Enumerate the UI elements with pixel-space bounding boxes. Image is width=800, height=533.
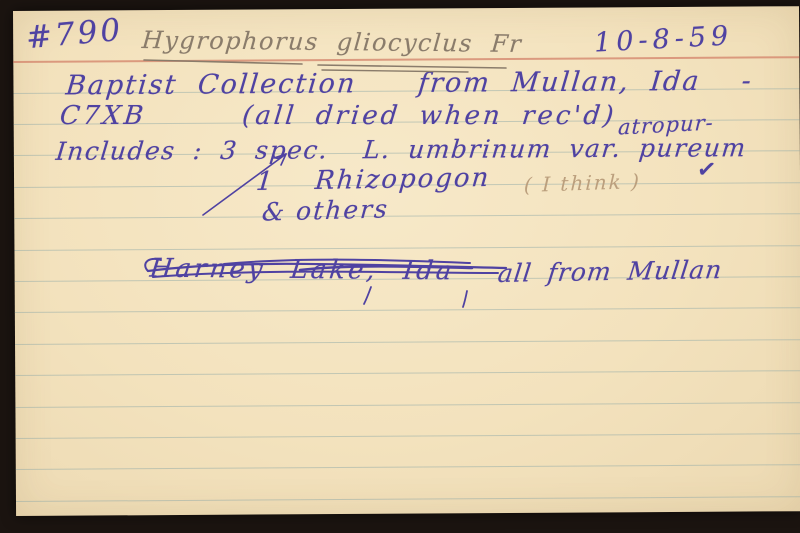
ruled-line: [14, 245, 800, 251]
ruled-line: [16, 433, 800, 439]
correction-text: all from Mullan: [496, 255, 724, 288]
ruled-line: [16, 464, 800, 470]
item-rhizopogon: 1 Rhizopogon: [255, 163, 492, 197]
species-name: Hygrophorus gliocyclus Fr: [141, 26, 523, 58]
collection-line: Baptist Collection from Mullan, Ida -: [64, 66, 754, 102]
ruled-line: [15, 402, 800, 408]
ruled-line: [15, 307, 800, 313]
item-note-i-think: ( I think ): [524, 169, 642, 197]
includes-line: Includes : 3 spec. L. umbrinum var. pure…: [55, 133, 749, 166]
ruled-line: [15, 339, 800, 345]
code-line: C7XB (all dried when rec'd): [58, 101, 617, 131]
ruled-line: [15, 370, 800, 376]
ruled-line: [16, 496, 800, 502]
check-mark-icon: ✓: [695, 155, 718, 184]
red-header-rule: [13, 56, 799, 63]
ruled-line: [14, 213, 800, 219]
photo-of-index-card: #790 Hygrophorus gliocyclus Fr 10-8-59 B…: [0, 0, 800, 533]
item-others: & others: [261, 194, 390, 226]
struck-location: Harney Lake, Ida: [148, 254, 456, 287]
